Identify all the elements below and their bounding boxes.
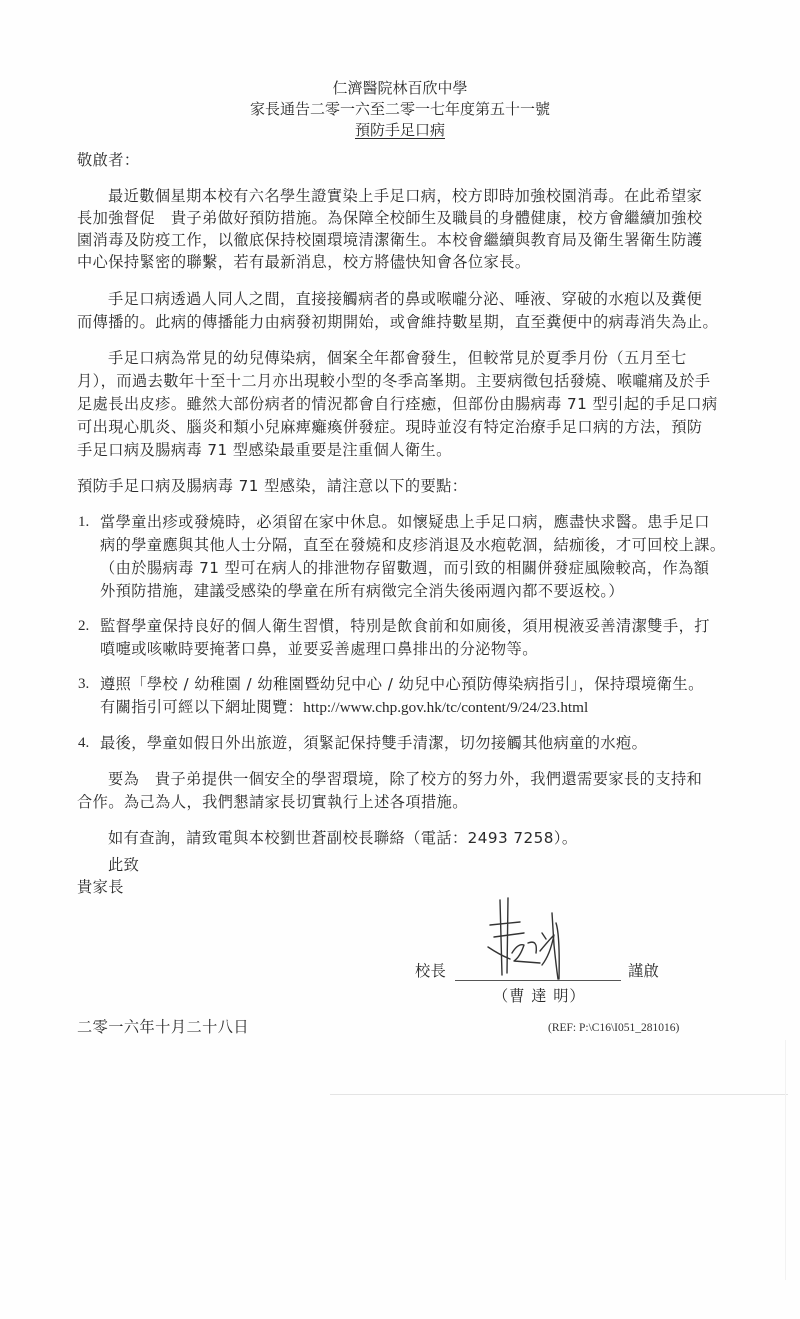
paragraph-1-line: 最近數個星期本校有六名學生證實染上手足口病，校方即時加強校園消毒。在此希望家 — [108, 187, 702, 205]
paragraph-3-line: 足處長出皮疹。雖然大部份病者的情況都會自行痊癒，但部份由腸病毒 71 型引起的手… — [77, 395, 718, 413]
paragraph-3-line: 可出現心肌炎、腦炎和類小兒麻痺癱瘓併發症。現時並沒有特定治療手足口病的方法，預防 — [77, 418, 703, 436]
principal-name: （曹 達 明） — [493, 987, 586, 1005]
notice-page: 仁濟醫院林百欣中學 家長通告二零一六至二零一七年度第五十一號 預防手足口病 敬啟… — [0, 0, 800, 1319]
point-1-line: 外預防措施，建議受感染的學童在所有病徵完全消失後兩週內都不要返校。） — [100, 582, 624, 600]
support-paragraph-line: 合作。為己為人，我們懇請家長切實執行上述各項措施。 — [77, 793, 468, 811]
point-1-line: （由於腸病毒 71 型可在病人的排泄物存留數週，而引致的相關併發症風險較高，作為… — [100, 559, 709, 577]
addressee: 貴家長 — [77, 878, 124, 896]
principal-title: 校長 — [415, 962, 446, 980]
reference-code: (REF: P:\C16\I051_281016) — [548, 1021, 679, 1035]
paragraph-2-line: 手足口病透過人同人之間，直接接觸病者的鼻或喉嚨分泌、唾液、穿破的水疱以及糞便 — [108, 290, 702, 308]
signature-line — [455, 980, 621, 981]
point-number: 4. — [78, 734, 89, 752]
paragraph-3-line: 月），而過去數年十至十二月亦出現較小型的冬季高峯期。主要病徵包括發燒、喉嚨痛及於… — [77, 372, 711, 390]
point-3-line: 遵照「學校 / 幼稚園 / 幼稚園暨幼兒中心 / 幼兒中心預防傳染病指引」，保持… — [100, 675, 704, 693]
scan-edge-line — [330, 1094, 788, 1095]
point-1-line: 病的學童應與其他人士分隔，直至在發燒和皮疹消退及水疱乾涸，結痂後，才可回校上課。 — [100, 536, 726, 554]
support-paragraph-line: 要為 貴子弟提供一個安全的學習環境，除了校方的努力外，我們還需要家長的支持和 — [108, 770, 702, 788]
paragraph-1-line: 長加強督促 貴子弟做好預防措施。為保障全校師生及職員的身體健康，校方會繼續加強校 — [77, 209, 703, 227]
paragraph-3-line: 手足口病為常見的幼兒傳染病，個案全年都會發生，但較常見於夏季月份（五月至七 — [108, 349, 687, 367]
paragraph-1-line: 中心保持緊密的聯繫，若有最新消息，校方將儘快知會各位家長。 — [77, 253, 531, 271]
point-3-line-text: 有關指引可經以下網址閱覽： — [100, 698, 303, 716]
principal-signature — [480, 895, 590, 985]
scan-edge-right — [785, 1040, 786, 1280]
guideline-url-link[interactable]: http://www.chp.gov.hk/tc/content/9/24/23… — [303, 699, 588, 716]
notice-date: 二零一六年十月二十八日 — [77, 1018, 249, 1036]
notice-subject-text: 預防手足口病 — [355, 121, 445, 139]
point-4-line: 最後，學童如假日外出旅遊，須緊記保持雙手清潔，切勿接觸其他病童的水疱。 — [100, 734, 647, 752]
point-2-line: 監督學童保持良好的個人衛生習慣，特別是飲食前和如廁後，須用梘液妥善清潔雙手，打 — [100, 617, 710, 635]
enquiry-paragraph: 如有查詢，請致電與本校劉世蒼副校長聯絡（電話：2493 7258）。 — [108, 829, 578, 847]
point-number: 3. — [78, 675, 89, 693]
school-name: 仁濟醫院林百欣中學 — [0, 79, 800, 97]
paragraph-1-line: 園消毒及防疫工作，以徹底保持校園環境清潔衛生。本校會繼續與教育局及衛生署衛生防護 — [77, 231, 703, 249]
regards: 此致 — [108, 856, 139, 874]
point-1-line: 當學童出疹或發燒時，必須留在家中休息。如懷疑患上手足口病，應盡快求醫。患手足口 — [100, 513, 710, 531]
paragraph-3-line: 手足口病及腸病毒 71 型感染最重要是注重個人衛生。 — [77, 441, 452, 459]
respectfully-closing: 謹啟 — [628, 962, 659, 980]
notice-subject: 預防手足口病 — [0, 121, 800, 139]
paragraph-2-line: 而傳播的。此病的傳播能力由病發初期開始，或會維持數星期，直至糞便中的病毒消失為止… — [77, 313, 718, 331]
point-number: 2. — [78, 617, 89, 635]
salutation: 敬啟者： — [77, 151, 140, 169]
points-intro: 預防手足口病及腸病毒 71 型感染，請注意以下的要點： — [77, 477, 467, 495]
point-number: 1. — [78, 513, 89, 531]
point-3-line: 有關指引可經以下網址閱覽：http://www.chp.gov.hk/tc/co… — [100, 698, 588, 717]
notice-number: 家長通告二零一六至二零一七年度第五十一號 — [0, 100, 800, 118]
point-2-line: 噴嚏或咳嗽時要掩著口鼻，並要妥善處理口鼻排出的分泌物等。 — [100, 640, 538, 658]
